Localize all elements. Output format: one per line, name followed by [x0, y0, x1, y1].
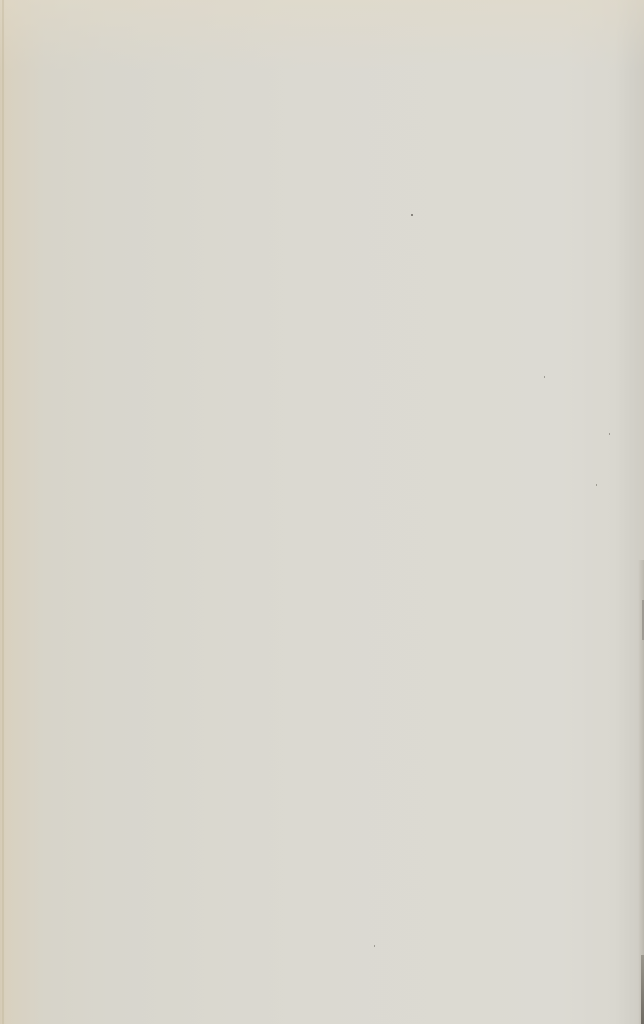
blank-book-page	[0, 0, 644, 1024]
page-gutter-edge	[2, 0, 4, 1024]
dust-speck	[544, 376, 545, 378]
dust-speck	[411, 214, 413, 216]
dust-speck	[374, 945, 375, 947]
dust-speck	[596, 484, 597, 486]
dust-speck	[609, 433, 610, 435]
